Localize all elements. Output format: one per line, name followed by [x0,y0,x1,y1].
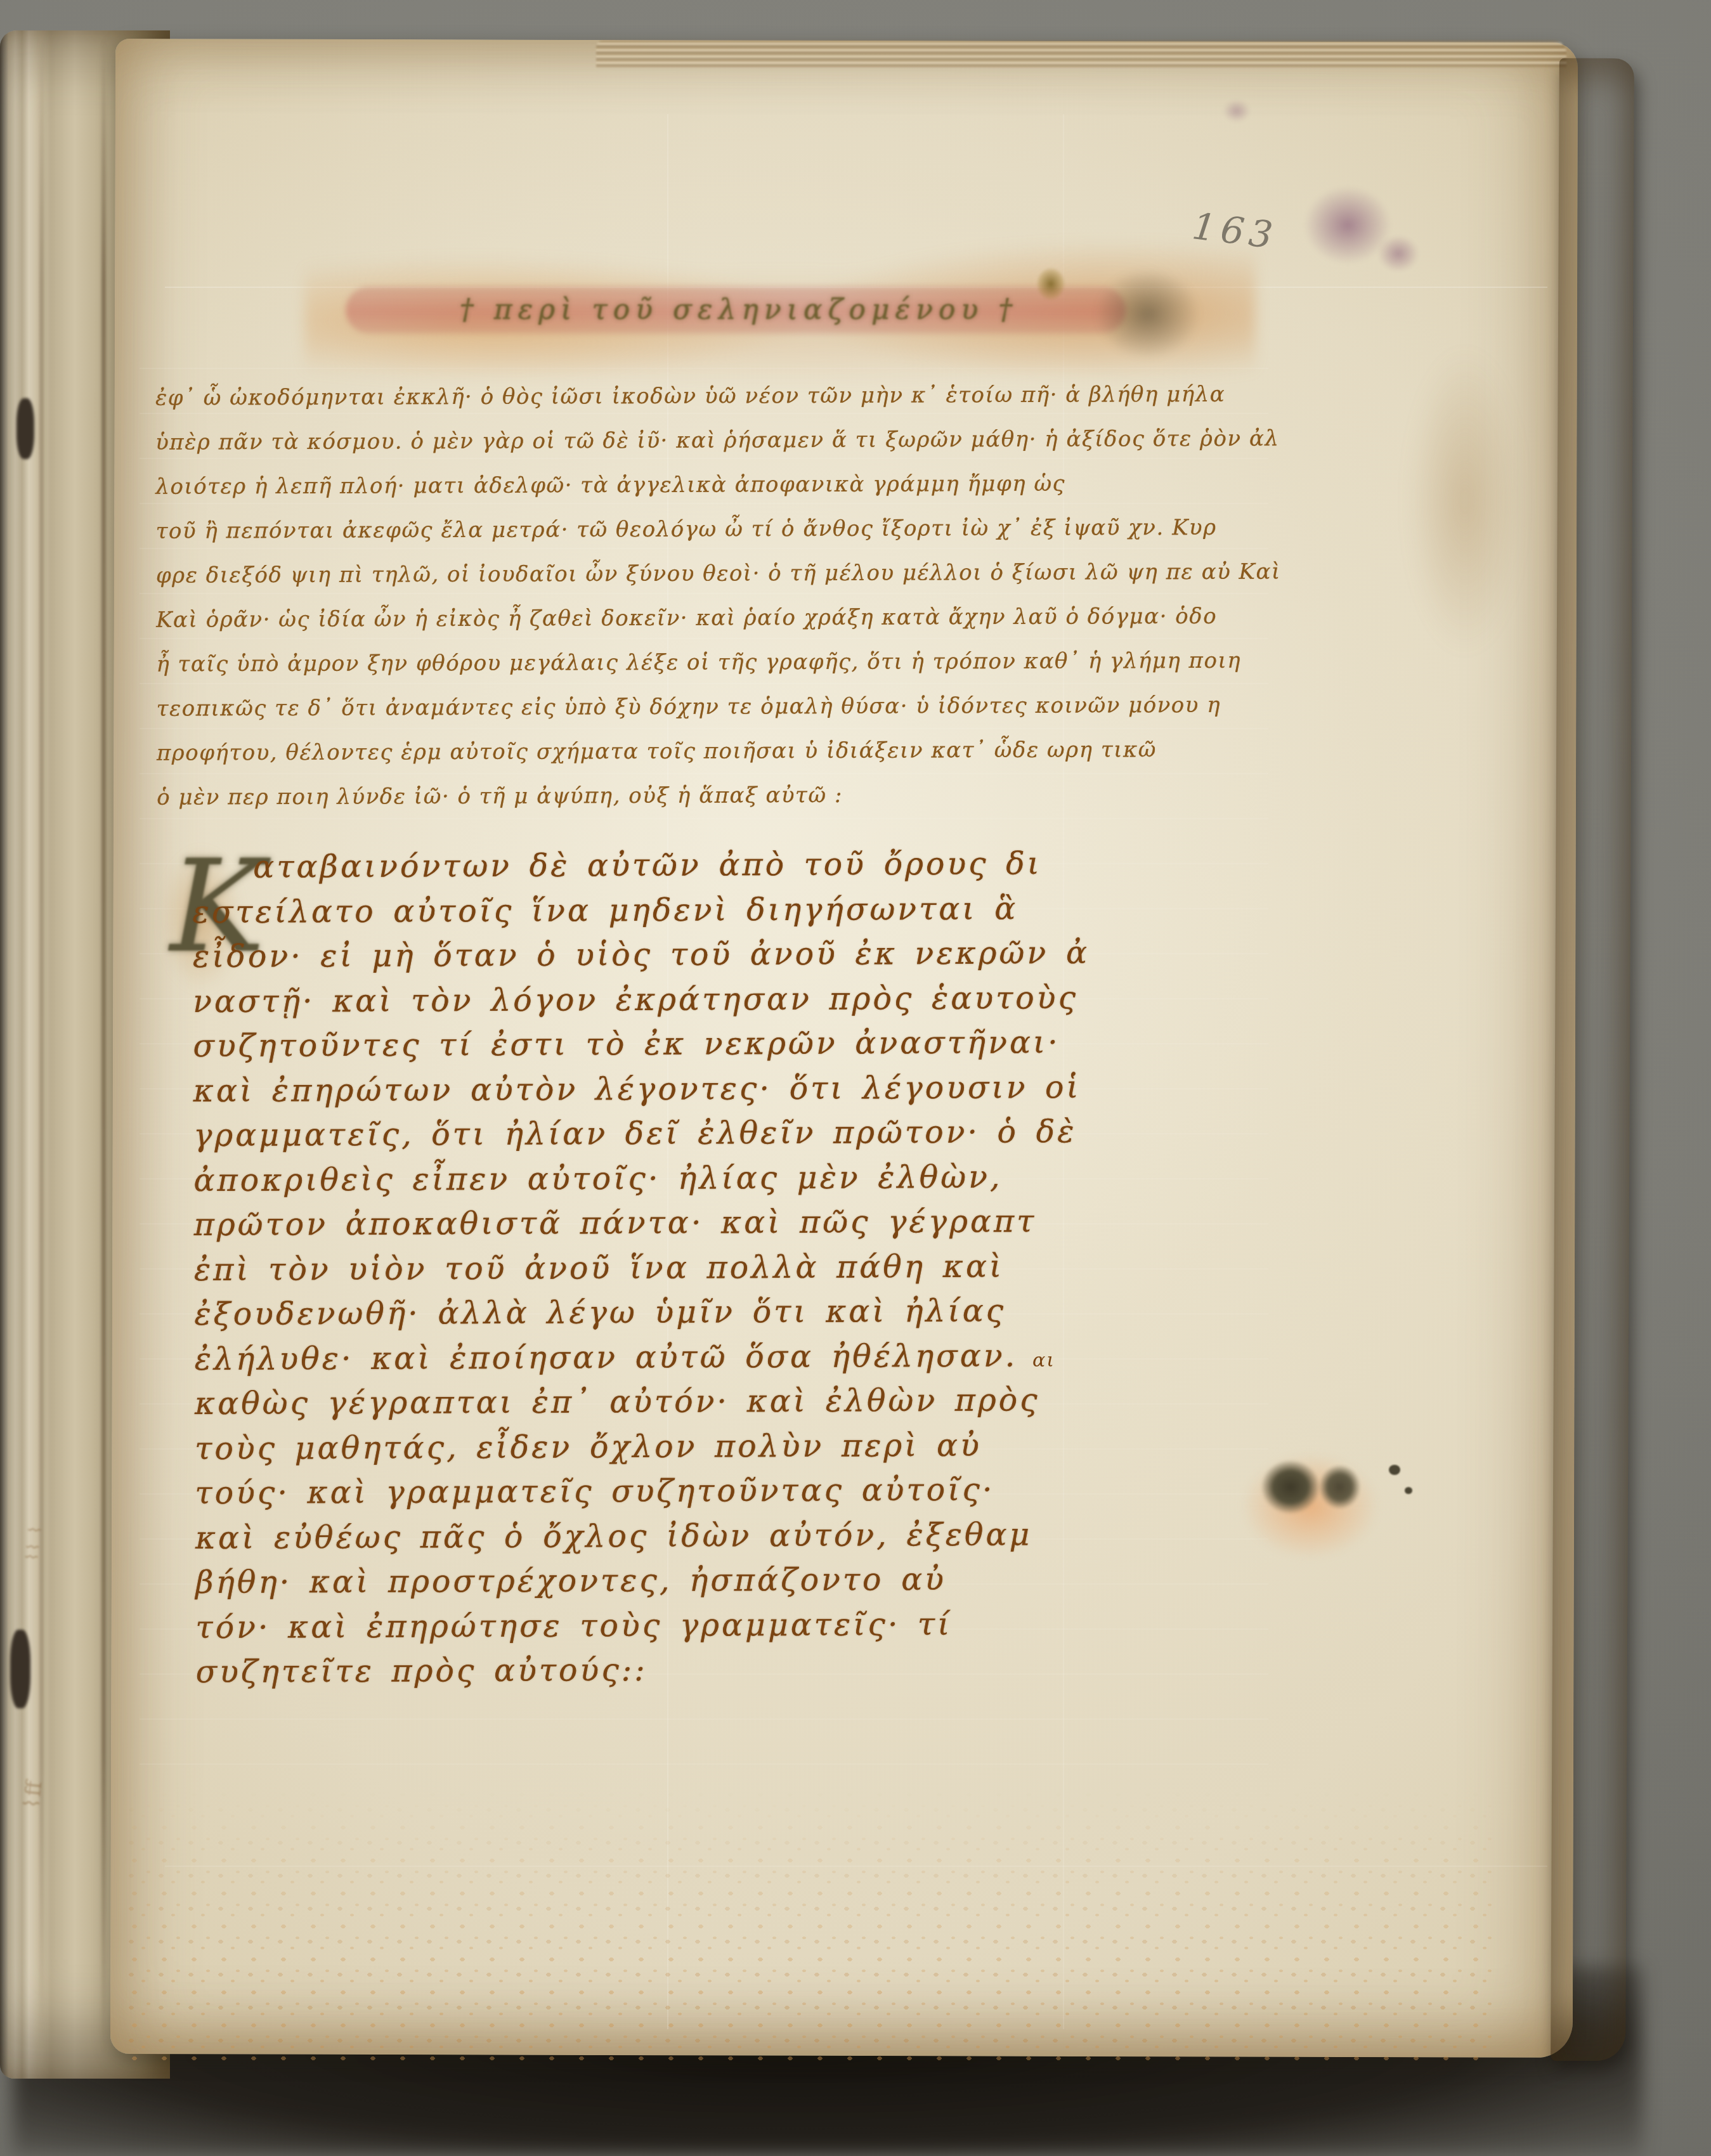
commentary-line: τεοπικῶς τε δ᾽ ὅτι ἀναμάντες εἰς ὑπὸ ξὺ … [156,683,1145,731]
gospel-line: πρῶτον ἀποκαθιστᾶ πάντα· καὶ πῶς γέγραπτ [194,1199,1095,1248]
gutter-crease-2 [39,38,44,2055]
gospel-line: γραμματεῖς, ὅτι ἠλίαν δεῖ ἐλθεῖν πρῶτον·… [193,1110,1094,1159]
purple-stain [1218,95,1256,127]
gospel-line: αταβαινόντων δὲ αὐτῶν ἀπὸ τοῦ ὄρους δι [192,841,1093,890]
gold-mark [1032,265,1069,307]
commentary-block: ἐφ᾽ ὧ ὠκοδόμηνται ἐκκλῆ· ὁ θὸς ἰῶσι ἰκοδ… [155,372,1146,819]
commentary-line: λοιότερ ἡ λεπῆ πλοή· ματι ἀδελφῶ· τὰ ἀγγ… [155,461,1145,509]
commentary-line: ἦ ταῖς ὑπὸ ἀμρον ξην φθόρου μεγάλαις λέξ… [156,639,1145,686]
fore-edge-page-stack [1551,58,1634,2061]
gutter-crease [101,38,106,2055]
running-title: † περὶ τοῦ σεληνιαζομένου † [355,287,1122,334]
purple-stain [1370,228,1427,279]
gospel-line: ἐλήλυθε· καὶ ἐποίησαν αὐτῶ ὅσα ἠθέλησαν. [194,1333,1095,1382]
commentary-line: τοῦ ἢ πεπόνται ἀκεφῶς ἔλα μετρά· τῶ θεολ… [156,505,1145,553]
tan-water-stain [1389,298,1541,704]
offset-stain-dark [1313,1458,1367,1516]
ink-speck [1389,1465,1400,1475]
gospel-line: τούς· καὶ γραμματεῖς συζητοῦντας αὐτοῖς· [195,1467,1095,1516]
gospel-line: συζητεῖτε πρὸς αὐτούς:: [196,1646,1096,1695]
commentary-line: Καὶ ὁρᾶν· ὡς ἰδία ὦν ἡ εἰκὸς ἦ ζαθεὶ δοκ… [156,594,1145,642]
gospel-line: ἐπὶ τὸν υἱὸν τοῦ ἀνοῦ ἵνα πολλὰ πάθη καὶ [194,1244,1095,1292]
gospel-line: καὶ εὐθέως πᾶς ὁ ὄχλος ἰδὼν αὐτόν, ἐξεθα… [195,1512,1096,1561]
header-smudge [1078,254,1218,374]
sewing-station [16,398,34,459]
follicle-dot-pattern [127,1788,1497,2061]
gospel-text-block: αταβαινόντων δὲ αὐτῶν ἀπὸ τοῦ ὄρους διεσ… [192,841,1096,1695]
gospel-line: βήθη· καὶ προστρέχοντες, ἠσπάζοντο αὐ [195,1557,1096,1606]
commentary-line: ὑπὲρ πᾶν τὰ κόσμου. ὁ μὲν γὰρ οἱ τῶ δὲ ἰ… [155,417,1145,464]
sewing-station [10,1630,30,1708]
commentary-line: φρε διεξόδ ψιη πὶ τηλῶ, οἱ ἰουδαῖοι ὦν ξ… [156,550,1145,597]
ink-speck [1405,1487,1412,1494]
gospel-line: συζητοῦντες τί ἐστι τὸ ἐκ νεκρῶν ἀναστῆν… [193,1020,1093,1069]
gospel-line: καθὼς γέγραπται ἐπ᾽ αὐτόν· καὶ ἐλθὼν πρὸ… [195,1378,1095,1427]
commentary-line: προφήτου, θέλοντες ἑρμ αὐτοῖς σχήματα το… [157,727,1146,775]
gospel-line: καὶ ἐπηρώτων αὐτὸν λέγοντες· ὅτι λέγουσι… [193,1065,1094,1114]
gospel-line: τοὺς μαθητάς, εἶδεν ὄχλον πολὺν περὶ αὐ [195,1422,1095,1471]
margin-correction: αι [1032,1349,1055,1372]
gospel-line: τόν· καὶ ἐπηρώτησε τοὺς γραμματεῖς· τί [195,1601,1096,1650]
gospel-line: εἶδον· εἰ μὴ ὅταν ὁ υἱὸς τοῦ ἀνοῦ ἐκ νεκ… [193,931,1093,980]
top-page-edges [596,41,1566,67]
ghost-ink-marks: ⌇⌇ ⌇ [23,1523,46,1562]
gospel-line: ἐξουδενωθῆ· ἀλλὰ λέγω ὑμῖν ὅτι καὶ ἠλίας [194,1289,1095,1337]
commentary-line: ἐφ᾽ ὧ ὠκοδόμηνται ἐκκλῆ· ὁ θὸς ἰῶσι ἰκοδ… [155,372,1145,420]
commentary-line: ὁ μὲν περ ποιη λύνδε ἰῶ· ὁ τῆ μ ἀψύπη, ο… [157,772,1146,819]
ghost-ink-marks: ⌇ﬀ [19,1777,48,1810]
gospel-line: ναστῇ· καὶ τὸν λόγον ἐκράτησαν πρὸς ἑαυτ… [193,975,1093,1024]
gospel-line: ἀποκριθεὶς εἶπεν αὐτοῖς· ἠλίας μὲν ἐλθὼν… [193,1154,1094,1203]
gospel-line: εστείλατο αὐτοῖς ἵνα μηδενὶ διηγήσωνται … [192,886,1093,935]
